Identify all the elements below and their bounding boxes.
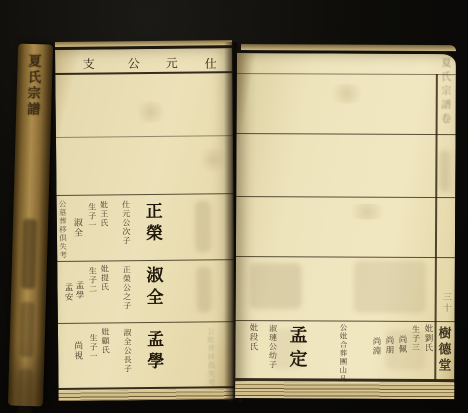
ruled-line xyxy=(236,196,455,198)
entry-name: 孟學 xyxy=(144,330,161,374)
entry-grave-note: 公妣合葬團山凡 xyxy=(339,324,347,384)
ink-bleed-smudge xyxy=(195,200,212,252)
spine-worn-text-smudge xyxy=(19,302,35,357)
ink-bleed-smudge xyxy=(196,266,211,312)
branch-header-char: 支 xyxy=(82,58,94,70)
entry-son-name: 尚視 xyxy=(72,341,81,361)
book-spine: 夏氏宗譜 xyxy=(8,44,53,407)
entry-sons-note: 生子二 xyxy=(88,267,96,294)
entry-name: 淑全 xyxy=(143,266,160,310)
branch-header-char: 公 xyxy=(127,57,139,69)
page-bottom-edges xyxy=(235,382,454,399)
spine-worn-text-smudge xyxy=(18,369,33,413)
ruled-line xyxy=(55,71,232,75)
spine-title: 夏氏宗譜 xyxy=(25,54,40,118)
entry-grave-note: 公墓葬移俱失考 xyxy=(59,200,67,260)
entry-sons-note: 生子一 xyxy=(88,203,96,230)
entry-name: 正榮 xyxy=(143,202,160,246)
spine-worn-text-smudge xyxy=(21,219,37,289)
entry-relation: 正榮公之子 xyxy=(122,265,130,310)
ink-bleed-smudge xyxy=(385,330,425,370)
ink-bleed-smudge xyxy=(250,263,302,309)
branch-header-char: 元 xyxy=(165,57,177,69)
entry-relation: 仕元公次子 xyxy=(122,200,130,245)
ruled-line xyxy=(237,133,456,135)
paper-stain xyxy=(134,101,168,123)
entry-wife: 妣王氏 xyxy=(100,200,108,227)
entry-son-name: 孟安 xyxy=(63,283,72,302)
page-bottom-edges xyxy=(59,389,236,401)
entry-son-name: 尚淵 xyxy=(371,337,380,356)
entry-son-name: 孟學 xyxy=(74,281,83,300)
paper-stain xyxy=(327,83,367,103)
branch-header-char: 仕 xyxy=(204,57,216,69)
entry-son-name: 淑全 xyxy=(72,218,81,238)
entry-wife: 妣段氏 xyxy=(248,323,257,352)
entry-wife: 妣提氏 xyxy=(100,264,108,291)
ruled-line xyxy=(237,73,456,75)
right-page: 夏氏宗譜卷 三十 樹德堂 妣劉氏 生子三 尚佩 尚朋 尚淵 公妣合葬團山凡 孟定… xyxy=(235,50,456,399)
paper-stain xyxy=(344,204,390,220)
left-page: 支 公 元 仕 正榮 仕元公次子 妣王氏 生子一 淑全 公墓葬移俱失考 淑全 正… xyxy=(55,45,236,401)
margin-page-number: 三十 xyxy=(441,292,450,314)
entry-wife: 妣顧氏 xyxy=(101,327,109,354)
ink-bleed-smudge xyxy=(439,150,450,192)
ink-bleed-smudge xyxy=(354,261,426,313)
margin-book-title: 夏氏宗譜卷 xyxy=(439,57,449,127)
entry-sons-note: 生子一 xyxy=(89,334,97,361)
ink-bleed-smudge xyxy=(271,329,301,369)
ruled-line xyxy=(236,256,455,258)
genealogy-entry: 孟學 淑全公長子 妣顧氏 生子一 尚視 公妣葬移俱失考 xyxy=(58,321,236,388)
ruled-line xyxy=(56,135,233,138)
entry-grave-note-faint: 公妣葬移俱失考 xyxy=(207,327,215,387)
entry-relation: 淑全公長子 xyxy=(123,328,131,373)
photo-of-genealogy-book: 夏氏宗譜 支 公 元 仕 正榮 仕元公次子 妣王氏 生子一 淑全 公墓葬移俱失考… xyxy=(0,0,468,413)
